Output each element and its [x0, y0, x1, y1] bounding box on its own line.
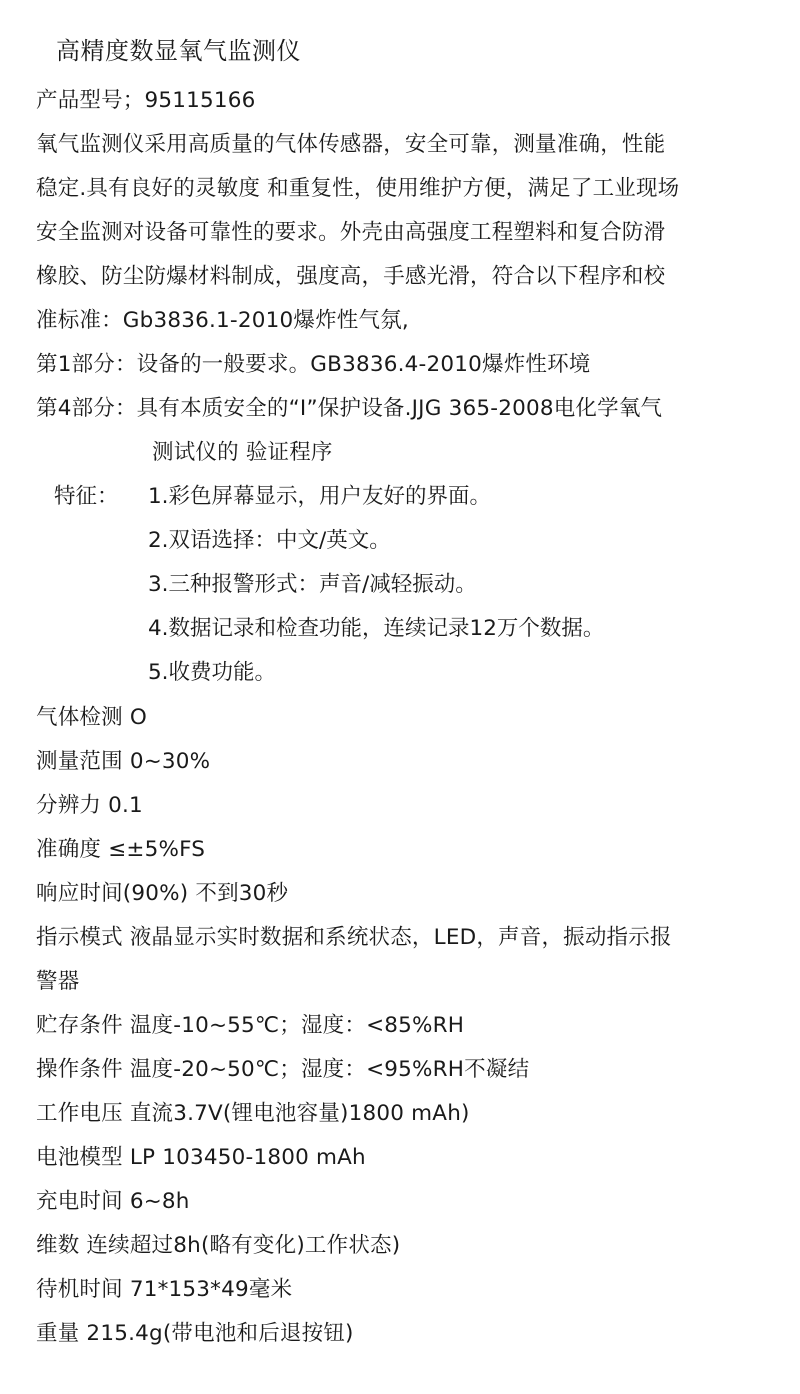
standard-line: 准标准：Gb3836.1-2010爆炸性气氛, [36, 306, 409, 336]
description-line: 稳定.具有良好的灵敏度 和重复性，使用维护方便，满足了工业现场 [36, 174, 679, 204]
spec-response-time: 响应时间(90%) 不到30秒 [36, 879, 288, 909]
spec-measurement-range: 测量范围 0~30% [36, 747, 210, 777]
spec-resolution: 分辨力 0.1 [36, 791, 143, 821]
spec-accuracy: 准确度 ≤±5%FS [36, 835, 205, 865]
features-label: 特征： [54, 482, 119, 512]
spec-standby-time: 待机时间 71*153*49毫米 [36, 1275, 292, 1305]
spec-dimensions: 维数 连续超过8h(略有变化)工作状态) [36, 1231, 400, 1261]
feature-item: 5.收费功能。 [148, 658, 276, 688]
spec-charging-time: 充电时间 6~8h [36, 1187, 190, 1217]
description-line: 安全监测对设备可靠性的要求。外壳由高强度工程塑料和复合防滑 [36, 218, 665, 248]
feature-item: 1.彩色屏幕显示，用户友好的界面。 [148, 482, 491, 512]
description-line: 氧气监测仪采用高质量的气体传感器，安全可靠，测量准确，性能 [36, 130, 665, 160]
product-spec-document: 高精度数显氧气监测仪 产品型号；95115166 氧气监测仪采用高质量的气体传感… [0, 0, 800, 1394]
feature-item: 2.双语选择：中文/英文。 [148, 526, 391, 556]
standard-line: 测试仪的 验证程序 [152, 438, 333, 468]
description-line: 橡胶、防尘防爆材料制成，强度高，手感光滑，符合以下程序和校 [36, 262, 665, 292]
spec-indication-mode-cont: 警器 [36, 967, 79, 997]
standard-line: 第4部分：具有本质安全的“I”保护设备.JJG 365-2008电化学氧气 [36, 394, 662, 424]
feature-item: 3.三种报警形式：声音/减轻振动。 [148, 570, 477, 600]
spec-gas-detection: 气体检测 O [36, 703, 147, 733]
spec-storage-conditions: 贮存条件 温度-10~55℃；湿度：<85%RH [36, 1011, 464, 1041]
spec-battery-model: 电池模型 LP 103450-1800 mAh [36, 1143, 366, 1173]
spec-indication-mode: 指示模式 液晶显示实时数据和系统状态，LED，声音，振动指示报 [36, 923, 672, 953]
feature-item: 4.数据记录和检查功能，连续记录12万个数据。 [148, 614, 604, 644]
spec-weight: 重量 215.4g(带电池和后退按钮) [36, 1319, 354, 1349]
spec-operating-conditions: 操作条件 温度-20~50℃；湿度：<95%RH不凝结 [36, 1055, 529, 1085]
spec-working-voltage: 工作电压 直流3.7V(锂电池容量)1800 mAh) [36, 1099, 470, 1129]
document-title: 高精度数显氧气监测仪 [56, 32, 301, 70]
standard-line: 第1部分：设备的一般要求。GB3836.4-2010爆炸性环境 [36, 350, 591, 380]
model-number: 产品型号；95115166 [36, 86, 256, 116]
